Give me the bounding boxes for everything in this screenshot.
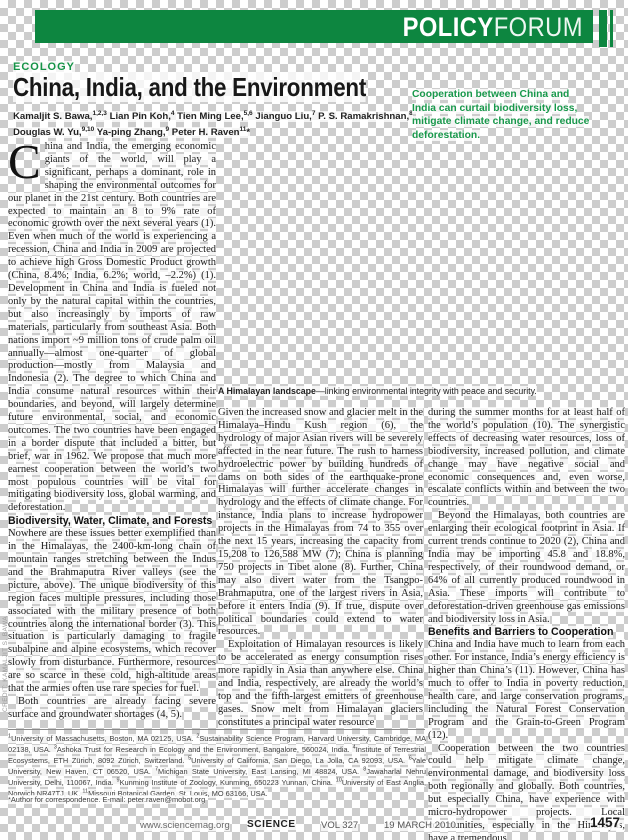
section-heading-biodiversity: Biodiversity, Water, Climate, and Forest… (8, 515, 216, 528)
paragraph: during the summer months for at least ha… (428, 407, 625, 510)
footer-volume: VOL 327 (321, 820, 358, 831)
footer-url: www.sciencemag.org (140, 820, 230, 831)
article-deck: Cooperation between China and India can … (412, 88, 596, 142)
body-column-2: Given the increased snow and glacier mel… (218, 407, 423, 730)
page-number: 1457 (590, 815, 620, 830)
author-byline: Kamaljit S. Bawa,1,2,3 Lian Pin Koh,4 Ti… (13, 108, 413, 139)
paragraph: China and India have much to learn from … (428, 639, 625, 742)
footnote-divider (8, 729, 425, 730)
author-line-2: Douglas W. Yu,9,10 Ya-ping Zhang,9 Peter… (13, 127, 250, 138)
affiliations-footnote: 1University of Massachusetts, Boston, MA… (8, 733, 426, 799)
paragraph: Both countries are already facing severe… (8, 696, 216, 722)
policy-label: POLICY (403, 12, 494, 42)
section-heading-benefits: Benefits and Barriers to Cooperation (428, 626, 625, 639)
policy-forum-banner: POLICYFORUM (35, 10, 593, 43)
paragraph: Nowhere are these issues better exemplif… (8, 528, 216, 696)
figure-caption-lead: A Himalayan landscape (218, 386, 316, 396)
policy-forum-label: POLICYFORUM (403, 12, 583, 43)
paragraph: Exploitation of Himalayan resources is l… (218, 639, 423, 729)
figure-caption-text: —linking environmental integrity with pe… (316, 386, 537, 396)
drop-cap: C (8, 141, 45, 181)
body-column-1: China and India, the emerging economic g… (8, 141, 216, 722)
footer-journal-name: SCIENCE (247, 819, 296, 830)
paragraph: Given the increased snow and glacier mel… (218, 407, 423, 639)
forum-label: FORUM (494, 12, 583, 42)
article-title: China, India, and the Environment (13, 72, 366, 103)
banner-accent-stripe (599, 10, 607, 47)
paragraph: China and India, the emerging economic g… (8, 141, 216, 515)
article-page: POLICYFORUM ECOLOGY China, India, and th… (0, 0, 628, 840)
banner-accent-stripe-thin (610, 10, 613, 47)
correspondence-note: *Author for correspondence. E-mail: pete… (8, 795, 426, 804)
footer-date: 19 MARCH 2010 (384, 820, 456, 831)
body-column-3: during the summer months for at least ha… (428, 407, 625, 840)
figure-caption: A Himalayan landscape—linking environmen… (218, 386, 625, 397)
author-line-1: Kamaljit S. Bawa,1,2,3 Lian Pin Koh,4 Ti… (13, 111, 413, 122)
paragraph: Beyond the Himalayas, both countries are… (428, 510, 625, 626)
himalayan-landscape-photo (218, 140, 625, 382)
